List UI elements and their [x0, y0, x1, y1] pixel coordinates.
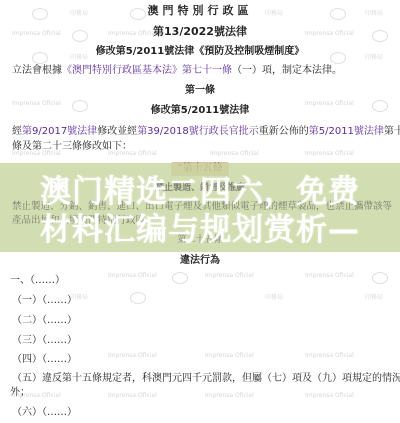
article25-item: （五）違反第十五條規定者，科澳門元四千元罰款，但屬（七）項及（九）項規定的情況除 [12, 372, 400, 386]
basic-law-link[interactable]: 《澳門特別行政區基本法》第七十一條 [62, 65, 232, 76]
banner-headline-line2: 材料汇编与规划赏析— [0, 212, 400, 248]
text-fragment: 經 [12, 126, 22, 137]
article1-heading: 第一條 [0, 84, 400, 98]
text-fragment: 重新公佈的 [259, 126, 309, 137]
preamble-suffix: （一）項，制定本法律。 [232, 65, 342, 76]
preamble: 立法會根據《澳門特別行政區基本法》第七十一條（一）項，制定本法律。 [12, 64, 400, 78]
article25-item: （二）（……） [12, 314, 400, 328]
law-number: 第13/2022號法律 [0, 25, 400, 39]
article1-body-line2: 條及第二十三條修改如下： [12, 139, 392, 154]
article25-item: （一）（……） [12, 294, 400, 308]
article25-item: （三）（……） [12, 334, 400, 348]
preamble-prefix: 立法會根據 [12, 65, 62, 76]
law-5-2011-link[interactable]: 第5/2011號法律 [309, 126, 384, 137]
article25-item: 一、（……） [10, 274, 400, 288]
article25-item: （六）（……） [12, 406, 400, 420]
text-fragment: 修改並經 [97, 126, 137, 137]
banner-headline-line1: 澳门精选二四六，免费 [0, 174, 400, 210]
dispatch-39-2018-link[interactable]: 第39/2018號行政長官批示 [137, 126, 259, 137]
article1-subheading: 修改第5/2011號法律 [0, 104, 400, 118]
text-fragment: 第十五 [384, 126, 400, 137]
law-subtitle: 修改第5/2011號法律《預防及控制吸煙制度》 [0, 45, 400, 59]
article25-title: 違法行為 [0, 254, 400, 268]
document-header: 澳門特別行政區 [0, 4, 400, 18]
article1-body: 經第9/2017號法律修改並經第39/2018號行政長官批示重新公佈的第5/20… [12, 124, 392, 154]
article25-item: 外； [10, 386, 400, 400]
law-9-2017-link[interactable]: 第9/2017號法律 [22, 126, 97, 137]
article25-item: （四）（……） [12, 353, 400, 367]
article1-body-line1: 經第9/2017號法律修改並經第39/2018號行政長官批示重新公佈的第5/20… [12, 124, 392, 139]
